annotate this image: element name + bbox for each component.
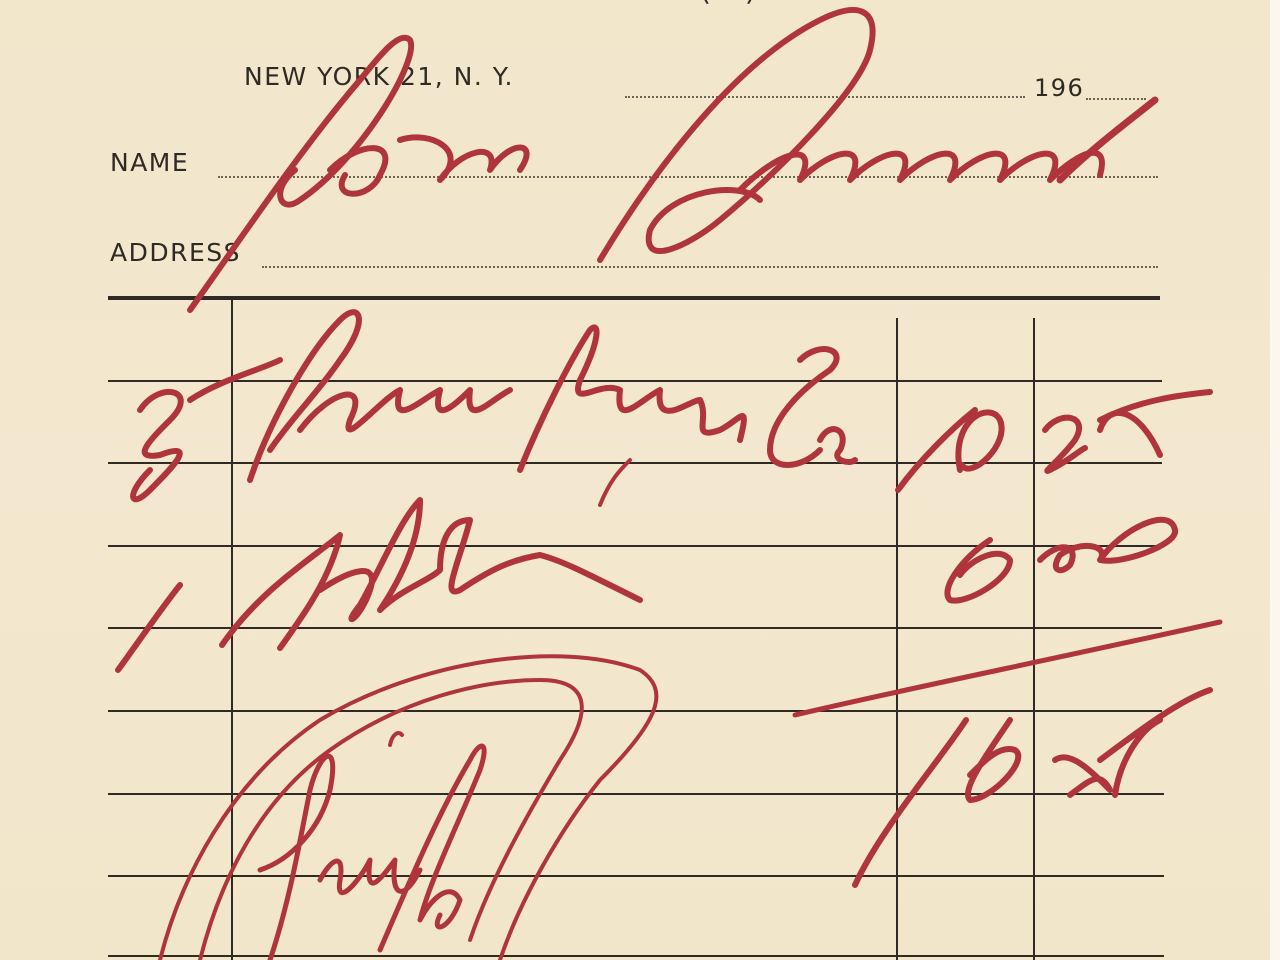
city-line: NEW YORK 21, N. Y. [244,62,514,91]
ledger-row-line [108,875,1164,877]
receipt-paper: (…) NEW YORK 21, N. Y. 196 NAME Jasper J… [0,0,1270,960]
ledger-row-line [108,710,1162,712]
date-dotted-line [625,96,1025,98]
ledger-row-line [108,627,1162,629]
header-top-line-clipped: (…) [700,0,759,10]
ledger-row-line [108,380,1162,382]
ledger-cents-column-divider [1033,318,1035,960]
ledger-row-line [108,793,1164,795]
ledger-top-rule [108,296,1160,300]
address-field[interactable] [262,266,1158,268]
ledger-qty-column-divider [231,300,233,960]
address-label: ADDRESS [110,238,241,267]
date-dotted-line-end [1086,98,1146,100]
ledger-row-line [108,545,1162,547]
ledger-dollars-column-divider [896,318,898,960]
year-prefix: 196 [1034,74,1084,102]
ledger-row-line [108,955,1164,957]
name-label: NAME [110,148,189,177]
name-field[interactable] [218,176,1158,178]
ledger-row-line [108,462,1162,464]
